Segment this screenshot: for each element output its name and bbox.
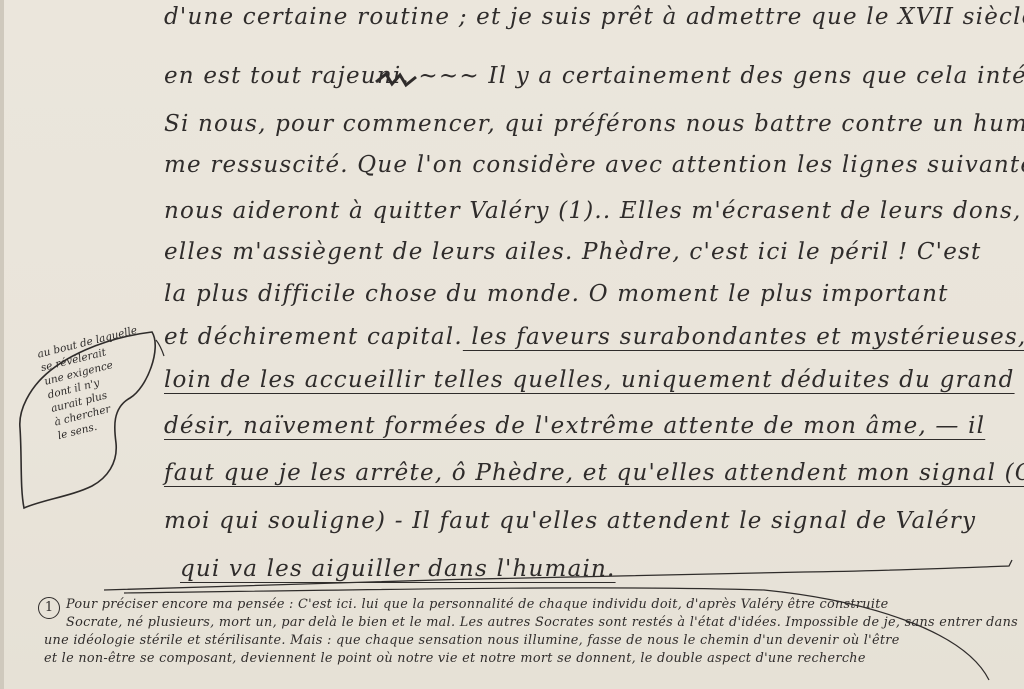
- footnote-line-4: et le non-être se composant, deviennent …: [44, 651, 866, 666]
- manuscript-page: d'une certaine routine ; et je suis prêt…: [4, 0, 1024, 689]
- footnote-line-3: une idéologie stérile et stérilisante. M…: [44, 633, 900, 648]
- margin-note: au bout de laquelle se révélerait une ex…: [12, 328, 162, 513]
- body-line-8-head: et déchirement capital.: [164, 324, 463, 350]
- footnote-marker: 1: [38, 597, 60, 619]
- body-line-10: désir, naïvement formées de l'extrême at…: [164, 413, 985, 439]
- body-line-8: et déchirement capital. les faveurs sura…: [164, 324, 1024, 350]
- body-line-12: moi qui souligne) - Il faut qu'elles att…: [164, 508, 976, 534]
- body-line-5: nous aideront à quitter Valéry (1).. Ell…: [164, 198, 1021, 224]
- footnote-line-1: Pour préciser encore ma pensée : C'est i…: [66, 597, 889, 612]
- body-line-1: d'une certaine routine ; et je suis prêt…: [164, 4, 1024, 30]
- body-line-3: Si nous, pour commencer, qui préférons n…: [164, 111, 1024, 137]
- body-line-8-underlined: les faveurs surabondantes et mystérieuse…: [463, 324, 1024, 350]
- body-line-9: loin de les accueillir telles quelles, u…: [164, 367, 1015, 393]
- body-line-4: me ressuscité. Que l'on considère avec a…: [164, 152, 1024, 178]
- body-line-6: elles m'assiègent de leurs ailes. Phèdre…: [164, 239, 981, 265]
- body-line-7: la plus difficile chose du monde. O mome…: [164, 281, 949, 307]
- footnote-line-2: Socrate, né plusieurs, mort un, par delà…: [66, 615, 1018, 630]
- body-line-13: qui va les aiguiller dans l'humain.: [180, 556, 616, 582]
- body-line-11: faut que je les arrête, ô Phèdre, et qu'…: [164, 460, 1024, 486]
- body-line-2: en est tout rajeuni. ~~~ Il y a certaine…: [164, 63, 1024, 89]
